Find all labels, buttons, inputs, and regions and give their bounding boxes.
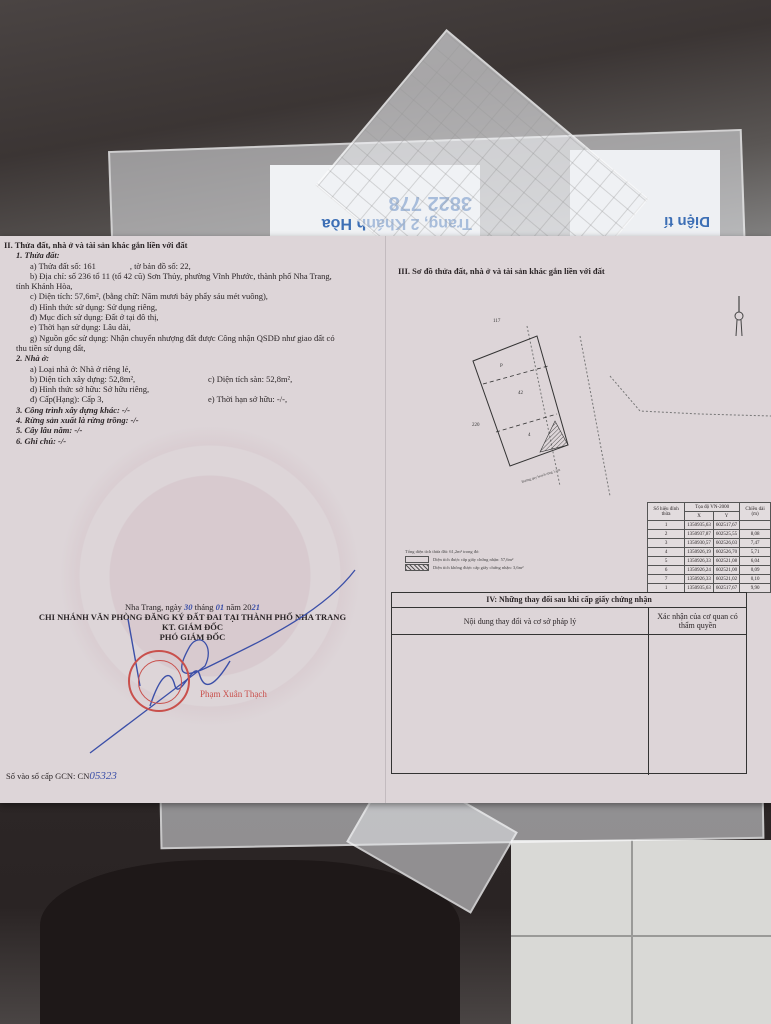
- north-arrow-icon: [732, 296, 746, 342]
- coord-row: 51350926,33602521,086,04: [648, 557, 771, 566]
- coord-cell: 1350926,33: [685, 557, 714, 566]
- coord-cell: 602521,02: [713, 575, 739, 584]
- coord-header-x: X: [685, 512, 714, 521]
- coord-header-coords: Tọa độ VN-2000: [685, 503, 740, 512]
- coord-cell: 7: [648, 575, 685, 584]
- coord-cell: 5,71: [740, 548, 771, 557]
- coordinate-table: Số hiệu đỉnh thửa Tọa độ VN-2000 Chiều d…: [647, 502, 771, 593]
- changes-authority-cell: [649, 635, 746, 775]
- coord-cell: 1350930,57: [685, 539, 714, 548]
- gcn-label: Số vào sổ cấp GCN: CN: [6, 771, 89, 781]
- coord-cell: 1350926,24: [685, 566, 714, 575]
- coord-cell: 0,09: [740, 566, 771, 575]
- changes-content-cell: [392, 635, 649, 775]
- coord-cell: 8,08: [740, 530, 771, 539]
- dark-fabric: [40, 860, 460, 1024]
- legend-box-plain: [405, 556, 429, 563]
- parcel-label-4: 4: [528, 433, 531, 438]
- coord-cell: 602521,00: [713, 566, 739, 575]
- coord-cell: 1: [648, 521, 685, 530]
- gcn-number: 05323: [89, 770, 117, 782]
- changes-body: [392, 635, 746, 775]
- coord-cell: 3: [648, 539, 685, 548]
- signer-name: Phạm Xuân Thạch: [200, 689, 267, 699]
- coord-cell: 602521,08: [713, 557, 739, 566]
- parcel-label-220: 220: [472, 423, 480, 428]
- road-label: Đường quy hoạch rộng 1,5m: [521, 468, 561, 485]
- coord-cell: 602525,55: [713, 530, 739, 539]
- legend-granted-text: Diện tích được cấp giấy chứng nhận: 57,6…: [433, 557, 513, 562]
- parcel-label-42: 42: [518, 391, 524, 396]
- coord-header-vertex: Số hiệu đỉnh thửa: [648, 503, 685, 521]
- coord-cell: 6,04: [740, 557, 771, 566]
- coord-cell: 7,47: [740, 539, 771, 548]
- coord-row: 71350926,33602521,020,10: [648, 575, 771, 584]
- coord-header-y: Y: [713, 512, 739, 521]
- coord-cell: 4: [648, 548, 685, 557]
- parcel-label-117: 117: [493, 319, 501, 324]
- section-4-changes-table: IV: Những thay đổi sau khi cấp giấy chứn…: [391, 592, 747, 774]
- coord-cell: 602517,67: [713, 521, 739, 530]
- coord-cell: 602526,03: [713, 539, 739, 548]
- coord-cell: 6: [648, 566, 685, 575]
- parcel-label-p: P: [500, 364, 503, 369]
- floor-tile: [511, 840, 771, 1024]
- coord-row: 41350926,19602526,705,71: [648, 548, 771, 557]
- coord-cell: 0,10: [740, 575, 771, 584]
- coord-row: 31350930,57602526,037,47: [648, 539, 771, 548]
- coord-row: 11350935,63602517,67: [648, 521, 771, 530]
- coord-cell: [740, 521, 771, 530]
- changes-col-authority: Xác nhận của cơ quan có thẩm quyền: [649, 608, 746, 634]
- coord-cell: 1350926,33: [685, 575, 714, 584]
- official-red-seal: [128, 650, 190, 712]
- land-certificate-page: II. Thửa đất, nhà ở và tài sản khác gắn …: [0, 236, 771, 803]
- legend-granted: Diện tích được cấp giấy chứng nhận: 57,6…: [405, 556, 523, 564]
- coord-cell: 1350937,87: [685, 530, 714, 539]
- coord-cell: 1350926,19: [685, 548, 714, 557]
- legend-total: Tổng diện tích thửa đất: 61,2m² trong đó…: [405, 548, 523, 556]
- legend-not-granted: Diện tích không được cấp giấy chứng nhận…: [405, 564, 523, 572]
- coord-row: 61350926,24602521,000,09: [648, 566, 771, 575]
- gcn-registry-number: Số vào sổ cấp GCN: CN05323: [6, 770, 117, 782]
- changes-header: Nội dung thay đổi và cơ sở pháp lý Xác n…: [392, 608, 746, 635]
- coord-cell: 602526,70: [713, 548, 739, 557]
- area-legend: Tổng diện tích thửa đất: 61,2m² trong đó…: [405, 548, 523, 572]
- coord-cell: 1350935,63: [685, 521, 714, 530]
- legend-box-hatched: [405, 564, 429, 571]
- coord-cell: 2: [648, 530, 685, 539]
- changes-col-content: Nội dung thay đổi và cơ sở pháp lý: [392, 608, 649, 634]
- coord-row: 21350937,87602525,558,08: [648, 530, 771, 539]
- legend-not-granted-text: Diện tích không được cấp giấy chứng nhận…: [433, 565, 523, 570]
- coord-cell: 5: [648, 557, 685, 566]
- section-4-title: IV: Những thay đổi sau khi cấp giấy chứn…: [392, 593, 746, 608]
- coord-header-length: Chiều dài (m): [740, 503, 771, 521]
